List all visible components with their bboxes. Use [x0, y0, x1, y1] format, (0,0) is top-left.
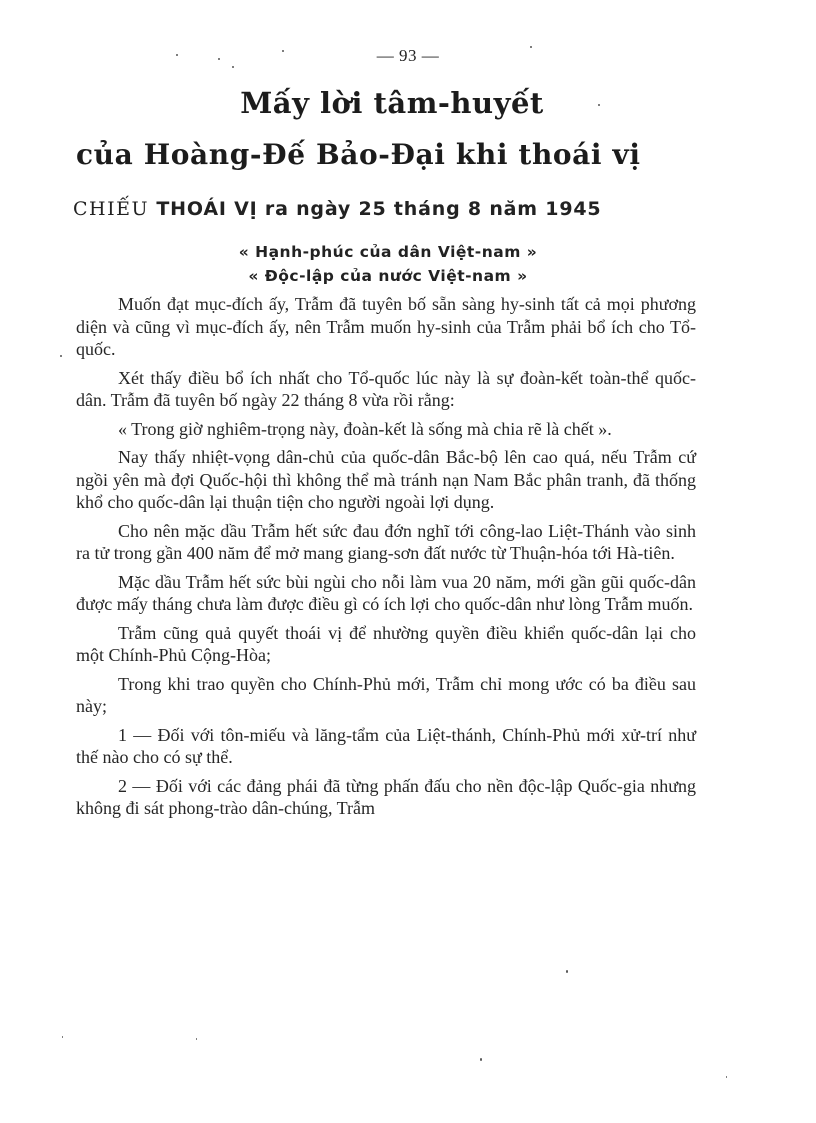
scan-speck [530, 46, 532, 48]
scan-speck [196, 1038, 197, 1040]
motto-independence: « Độc-lập của nước Việt-nam » [0, 267, 776, 285]
paragraph: « Trong giờ nghiêm-trọng này, đoàn-kết l… [76, 418, 696, 441]
paragraph: Cho nên mặc dầu Trẫm hết sức đau đớn ngh… [76, 520, 696, 565]
title-line-1: Mấy lời tâm-huyết [0, 86, 784, 120]
body-text: Muốn đạt mục-đích ấy, Trẫm đã tuyên bố s… [76, 293, 696, 826]
paragraph: Nay thấy nhiệt-vọng dân-chủ của quốc-dân… [76, 446, 696, 514]
paragraph: 1 — Đối với tôn-miếu và lăng-tẩm của Liệ… [76, 724, 696, 769]
scan-speck [282, 50, 284, 52]
subtitle-prefix: CHIẾU [73, 198, 149, 220]
scan-speck [726, 1076, 727, 1078]
subtitle-rest: THOÁI VỊ ra ngày 25 tháng 8 năm 1945 [156, 198, 601, 220]
paragraph: Trong khi trao quyền cho Chính-Phủ mới, … [76, 673, 696, 718]
scan-speck [598, 104, 600, 106]
scan-speck [566, 970, 568, 973]
motto-happiness: « Hạnh-phúc của dân Việt-nam » [0, 243, 776, 261]
page-number: — 93 — [0, 46, 816, 66]
scan-speck [232, 66, 234, 68]
scan-speck [218, 58, 220, 60]
scan-speck [60, 355, 62, 357]
paragraph: 2 — Đối với các đảng phái đã từng phấn đ… [76, 775, 696, 820]
scan-speck [62, 1036, 63, 1038]
scan-speck [176, 54, 178, 56]
paragraph: Mặc dầu Trẫm hết sức bùi ngùi cho nỗi là… [76, 571, 696, 616]
subtitle: CHIẾU THOÁI VỊ ra ngày 25 tháng 8 năm 19… [73, 198, 733, 220]
scan-speck [480, 1058, 482, 1061]
paragraph: Muốn đạt mục-đích ấy, Trẫm đã tuyên bố s… [76, 293, 696, 361]
document-page: — 93 — Mấy lời tâm-huyết của Hoàng-Đế Bả… [0, 0, 816, 1123]
paragraph: Trẫm cũng quả quyết thoái vị để nhường q… [76, 622, 696, 667]
paragraph: Xét thấy điều bổ ích nhất cho Tổ-quốc lú… [76, 367, 696, 412]
title-line-2: của Hoàng-Đế Bảo-Đại khi thoái vị [76, 138, 716, 171]
